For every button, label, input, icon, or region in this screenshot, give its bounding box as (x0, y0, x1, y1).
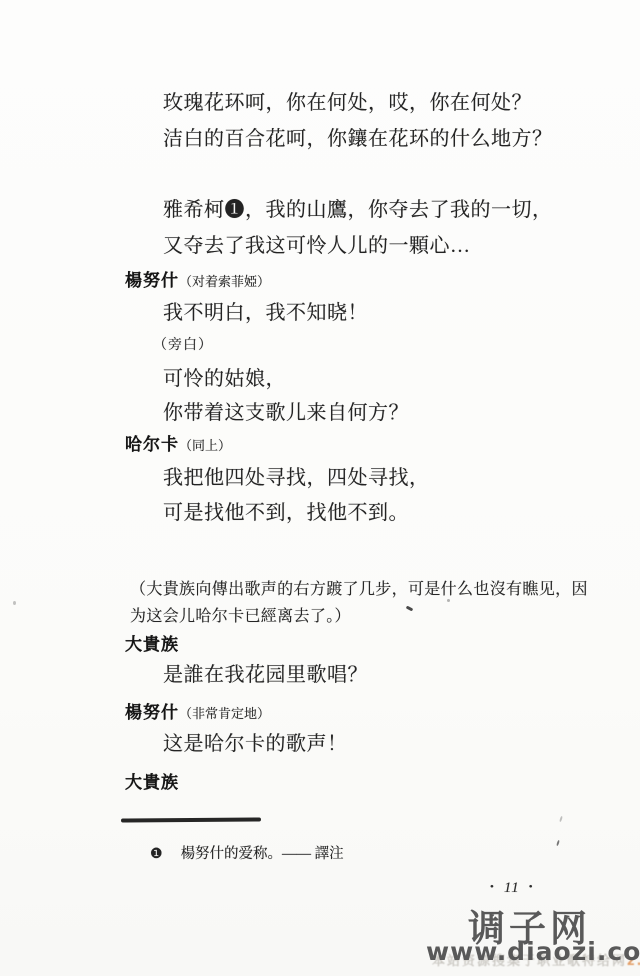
scan-speck (406, 606, 414, 612)
dialogue-line: 我把他四处寻找，四处寻找， (163, 461, 430, 490)
page-number-value: 11 (504, 880, 520, 896)
verse-line: 玫瑰花环呵，你在何处，哎，你在何处？ (163, 86, 532, 115)
verse-line: 又夺去了我这可怜人儿的一顆心… (163, 229, 471, 258)
dialogue-line: 是誰在我花园里歌唱？ (163, 658, 368, 687)
dialogue-line: 我不明白，我不知晓！ (163, 296, 368, 325)
speaker-heading: 哈尔卡（同上） (125, 430, 231, 455)
scan-speck (13, 601, 16, 605)
footnote-divider (121, 818, 261, 822)
stage-direction-inline: （同上） (179, 438, 231, 453)
verse-line: 洁白的百合花呵，你鑲在花环的什么地方？ (163, 122, 553, 151)
dialogue-line: 可怜的姑娘， (163, 362, 286, 391)
dialogue-line: 可是找他不到，找他不到。 (163, 496, 409, 525)
footnote-text: 楊努什的爱称。—— 譯注 (181, 846, 344, 862)
stage-direction-inline: （对着索菲婭） (179, 274, 270, 289)
dialogue-line: 你带着这支歌儿来自何方？ (163, 396, 409, 425)
scan-speck (559, 816, 563, 822)
speaker-name: 楊努什 (125, 271, 179, 290)
page-number-dot: • (529, 881, 534, 893)
speaker-name: 大貴族 (125, 773, 179, 792)
stage-direction-inline: （非常肯定地） (179, 706, 270, 721)
speaker-heading: 楊努什（对着索菲婭） (125, 266, 270, 291)
footnote-marker: ❶ (150, 847, 163, 862)
scanned-book-page: 玫瑰花环呵，你在何处，哎，你在何处？ 洁白的百合花呵，你鑲在花环的什么地方？ 雅… (0, 0, 640, 976)
stage-direction-paragraph: 为这会儿哈尔卡已經离去了。） (130, 603, 351, 626)
scan-speck (556, 840, 560, 846)
speaker-name: 楊努什 (125, 703, 179, 722)
watermark-site-url: www.diaozi.com (426, 937, 640, 966)
scan-speck (447, 599, 450, 602)
stage-direction-aside: （旁白） (153, 334, 213, 354)
speaker-heading: 大貴族 (125, 630, 179, 655)
stage-direction-paragraph: （大貴族向傳出歌声的右方踱了几步，可是什么也沒有瞧见，因 (130, 576, 588, 599)
page-number: •11• (481, 880, 543, 897)
dialogue-line: 这是哈尔卡的歌声！ (163, 727, 348, 756)
speaker-heading: 楊努什（非常肯定地） (125, 698, 270, 723)
verse-line: 雅希柯❶，我的山鷹，你夺去了我的一切， (163, 193, 553, 222)
speaker-name: 大貴族 (125, 635, 179, 654)
speaker-heading: 大貴族 (125, 768, 179, 793)
footnote: ❶楊努什的爱称。—— 譯注 (150, 842, 344, 863)
page-number-dot: • (490, 881, 495, 893)
speaker-name: 哈尔卡 (125, 435, 179, 454)
